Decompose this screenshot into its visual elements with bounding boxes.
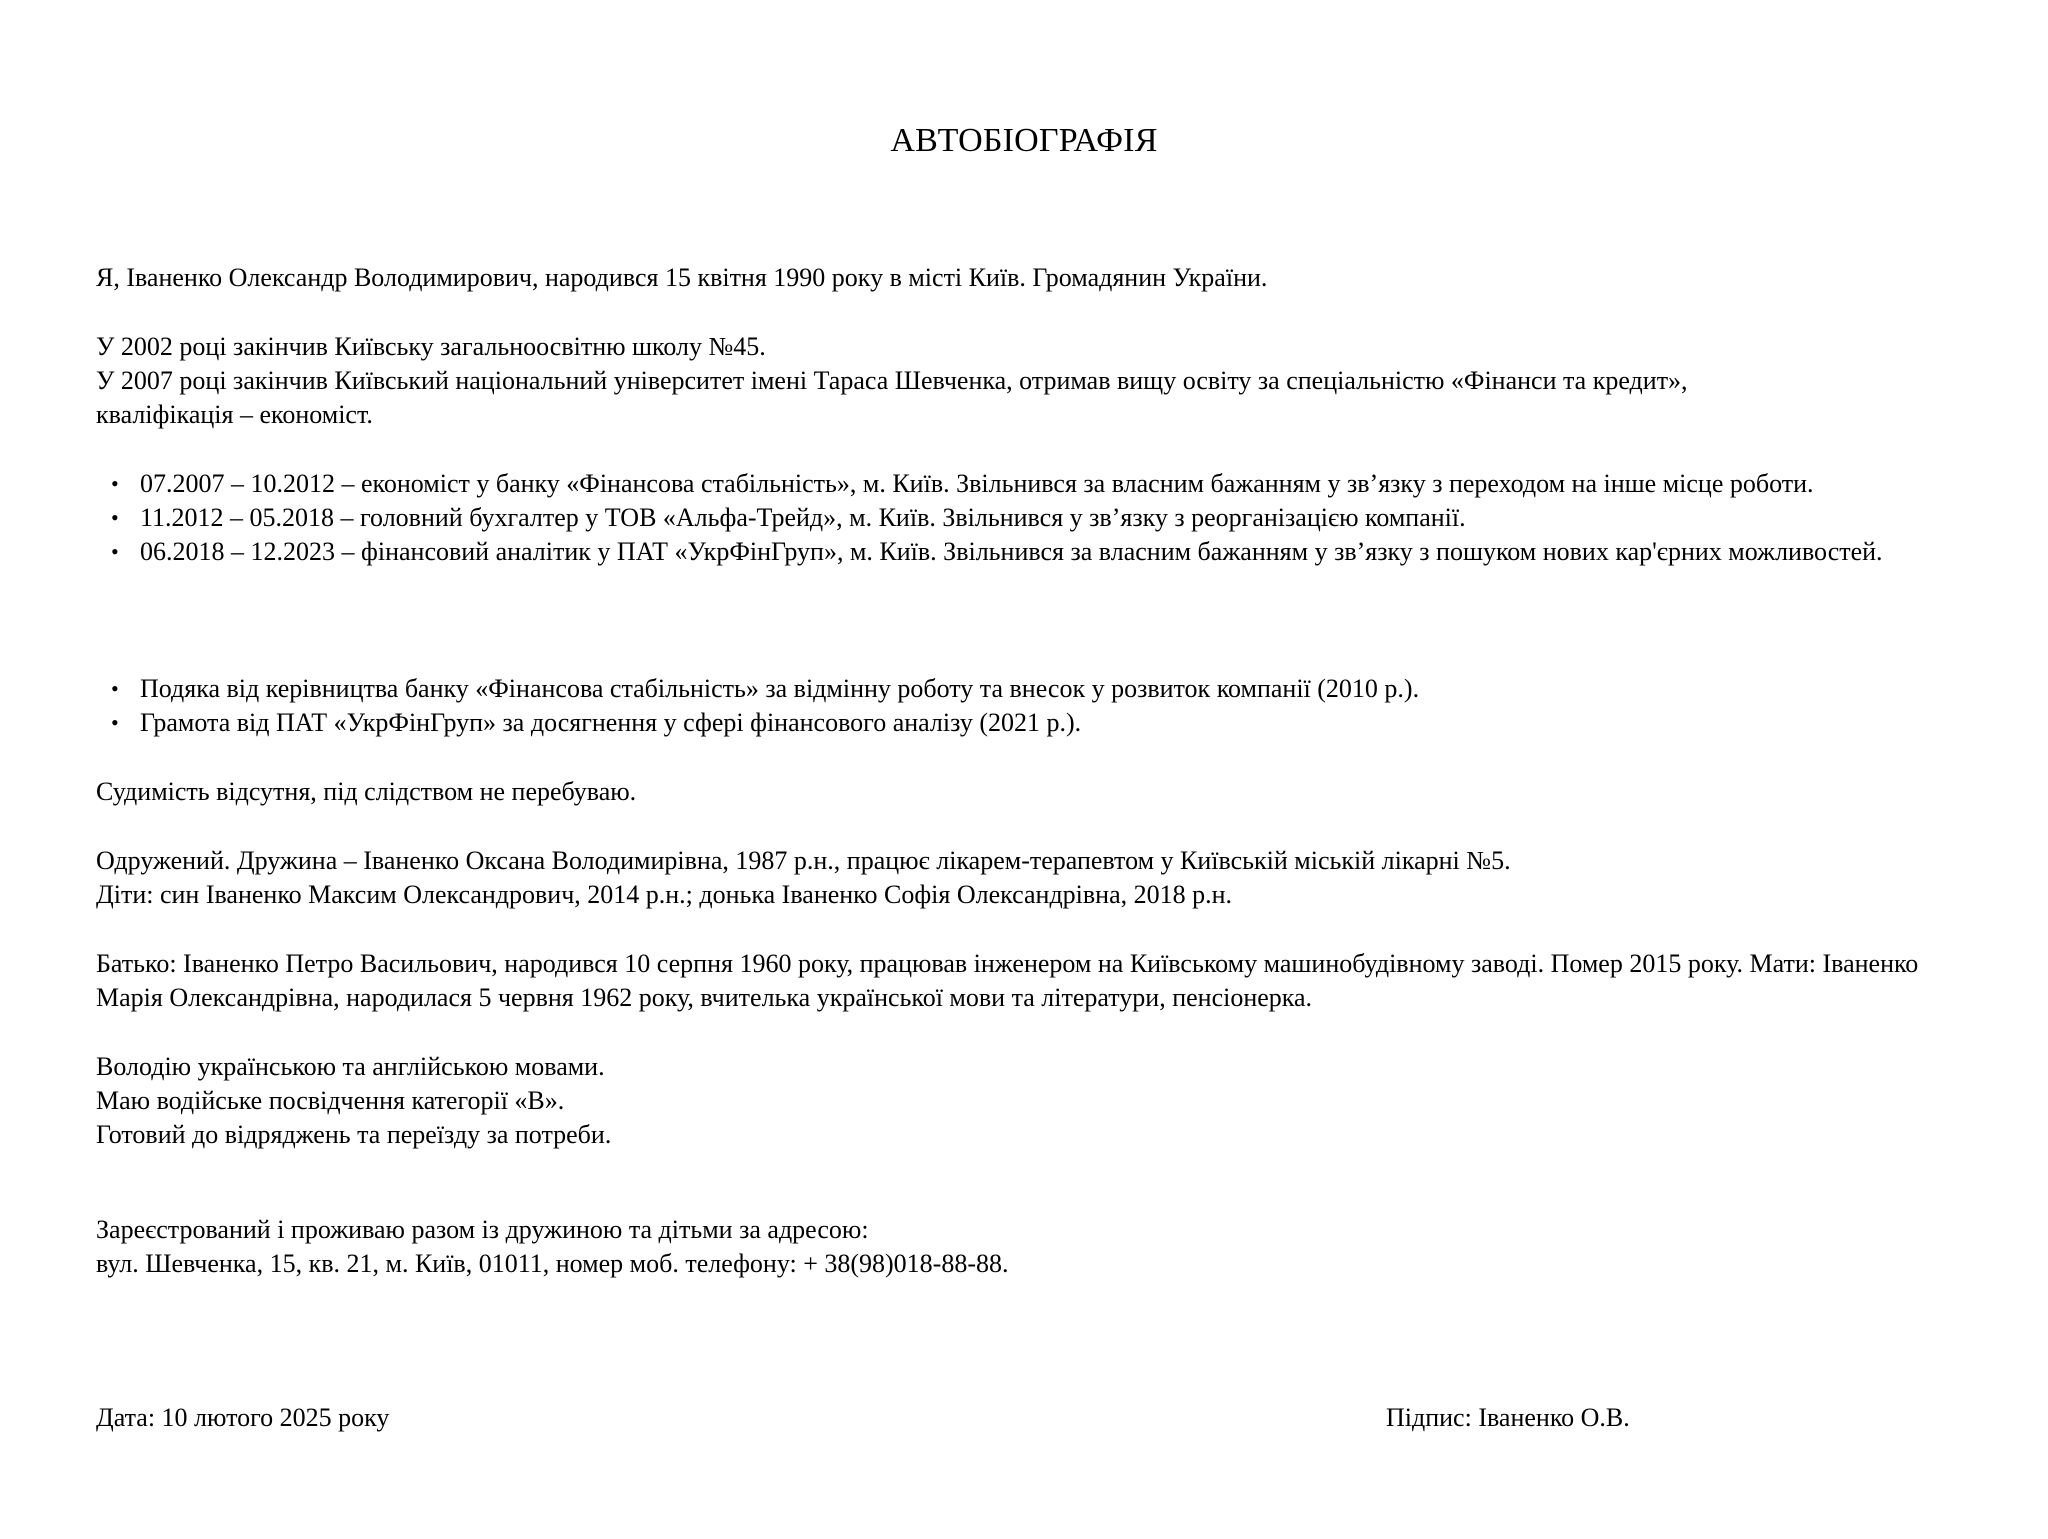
employment-item-text: 11.2012 – 05.2018 – головний бухгалтер у… — [140, 501, 1960, 535]
skills-travel: Готовий до відряджень та переїзду за пот… — [96, 1118, 1976, 1152]
employment-item-text: 06.2018 – 12.2023 – фінансовий аналітик … — [140, 535, 1960, 569]
parents-paragraph: Батько: Іваненко Петро Васильович, народ… — [96, 947, 1936, 1015]
employment-item: • 07.2007 – 10.2012 – економіст у банку … — [96, 467, 1966, 501]
document-signature: Підпис: Іваненко О.В. — [1386, 1401, 1630, 1435]
intro-paragraph: Я, Іваненко Олександр Володимирович, нар… — [96, 261, 1976, 295]
family-children-text: Діти: син Іваненко Максим Олександрович,… — [96, 878, 1976, 912]
bullet-icon: • — [111, 501, 119, 535]
criminal-record-text: Судимість відсутня, під слідством не пер… — [96, 775, 1976, 809]
award-item-text: Подяка від керівництва банку «Фінансова … — [140, 674, 1419, 703]
award-item: • Подяка від керівництва банку «Фінансов… — [96, 672, 1976, 706]
awards-list: • Подяка від керівництва банку «Фінансов… — [96, 672, 1976, 740]
employment-item-text: 07.2007 – 10.2012 – економіст у банку «Ф… — [140, 467, 1960, 501]
education-line-university: У 2007 році закінчив Київський національ… — [96, 364, 1696, 432]
employment-item: • 11.2012 – 05.2018 – головний бухгалтер… — [96, 501, 1976, 535]
bullet-icon: • — [111, 467, 119, 501]
address-intro: Зареєстрований і проживаю разом із дружи… — [96, 1213, 1976, 1247]
parents-text: Батько: Іваненко Петро Васильович, народ… — [96, 947, 1936, 1015]
intro-text: Я, Іваненко Олександр Володимирович, нар… — [96, 261, 1976, 295]
award-item-text: Грамота від ПАТ «УкрФінГруп» за досягнен… — [140, 708, 1081, 737]
employment-item: • 06.2018 – 12.2023 – фінансовий аналіти… — [96, 535, 1976, 569]
education-section: У 2002 році закінчив Київську загальноос… — [96, 330, 1696, 432]
employment-list: • 07.2007 – 10.2012 – економіст у банку … — [96, 467, 1976, 569]
family-spouse-text: Одружений. Дружина – Іваненко Оксана Вол… — [96, 844, 1976, 878]
skills-languages: Володію українською та англійською мовам… — [96, 1050, 1976, 1084]
document-title: АВТОБІОГРАФІЯ — [0, 119, 2048, 163]
award-item: • Грамота від ПАТ «УкрФінГруп» за досягн… — [96, 706, 1976, 740]
bullet-icon: • — [111, 535, 119, 569]
skills-driving-license: Маю водійське посвідчення категорії «В». — [96, 1084, 1976, 1118]
bullet-icon: • — [111, 706, 119, 740]
bullet-icon: • — [111, 672, 119, 706]
address-section: Зареєстрований і проживаю разом із дружи… — [96, 1213, 1976, 1281]
document-page: АВТОБІОГРАФІЯ Я, Іваненко Олександр Воло… — [0, 0, 2048, 1539]
document-date: Дата: 10 лютого 2025 року — [96, 1401, 389, 1435]
criminal-record-paragraph: Судимість відсутня, під слідством не пер… — [96, 775, 1976, 809]
family-section: Одружений. Дружина – Іваненко Оксана Вол… — [96, 844, 1976, 912]
skills-section: Володію українською та англійською мовам… — [96, 1050, 1976, 1152]
education-line-school: У 2002 році закінчив Київську загальноос… — [96, 330, 1696, 364]
address-details: вул. Шевченка, 15, кв. 21, м. Київ, 0101… — [96, 1247, 1976, 1281]
